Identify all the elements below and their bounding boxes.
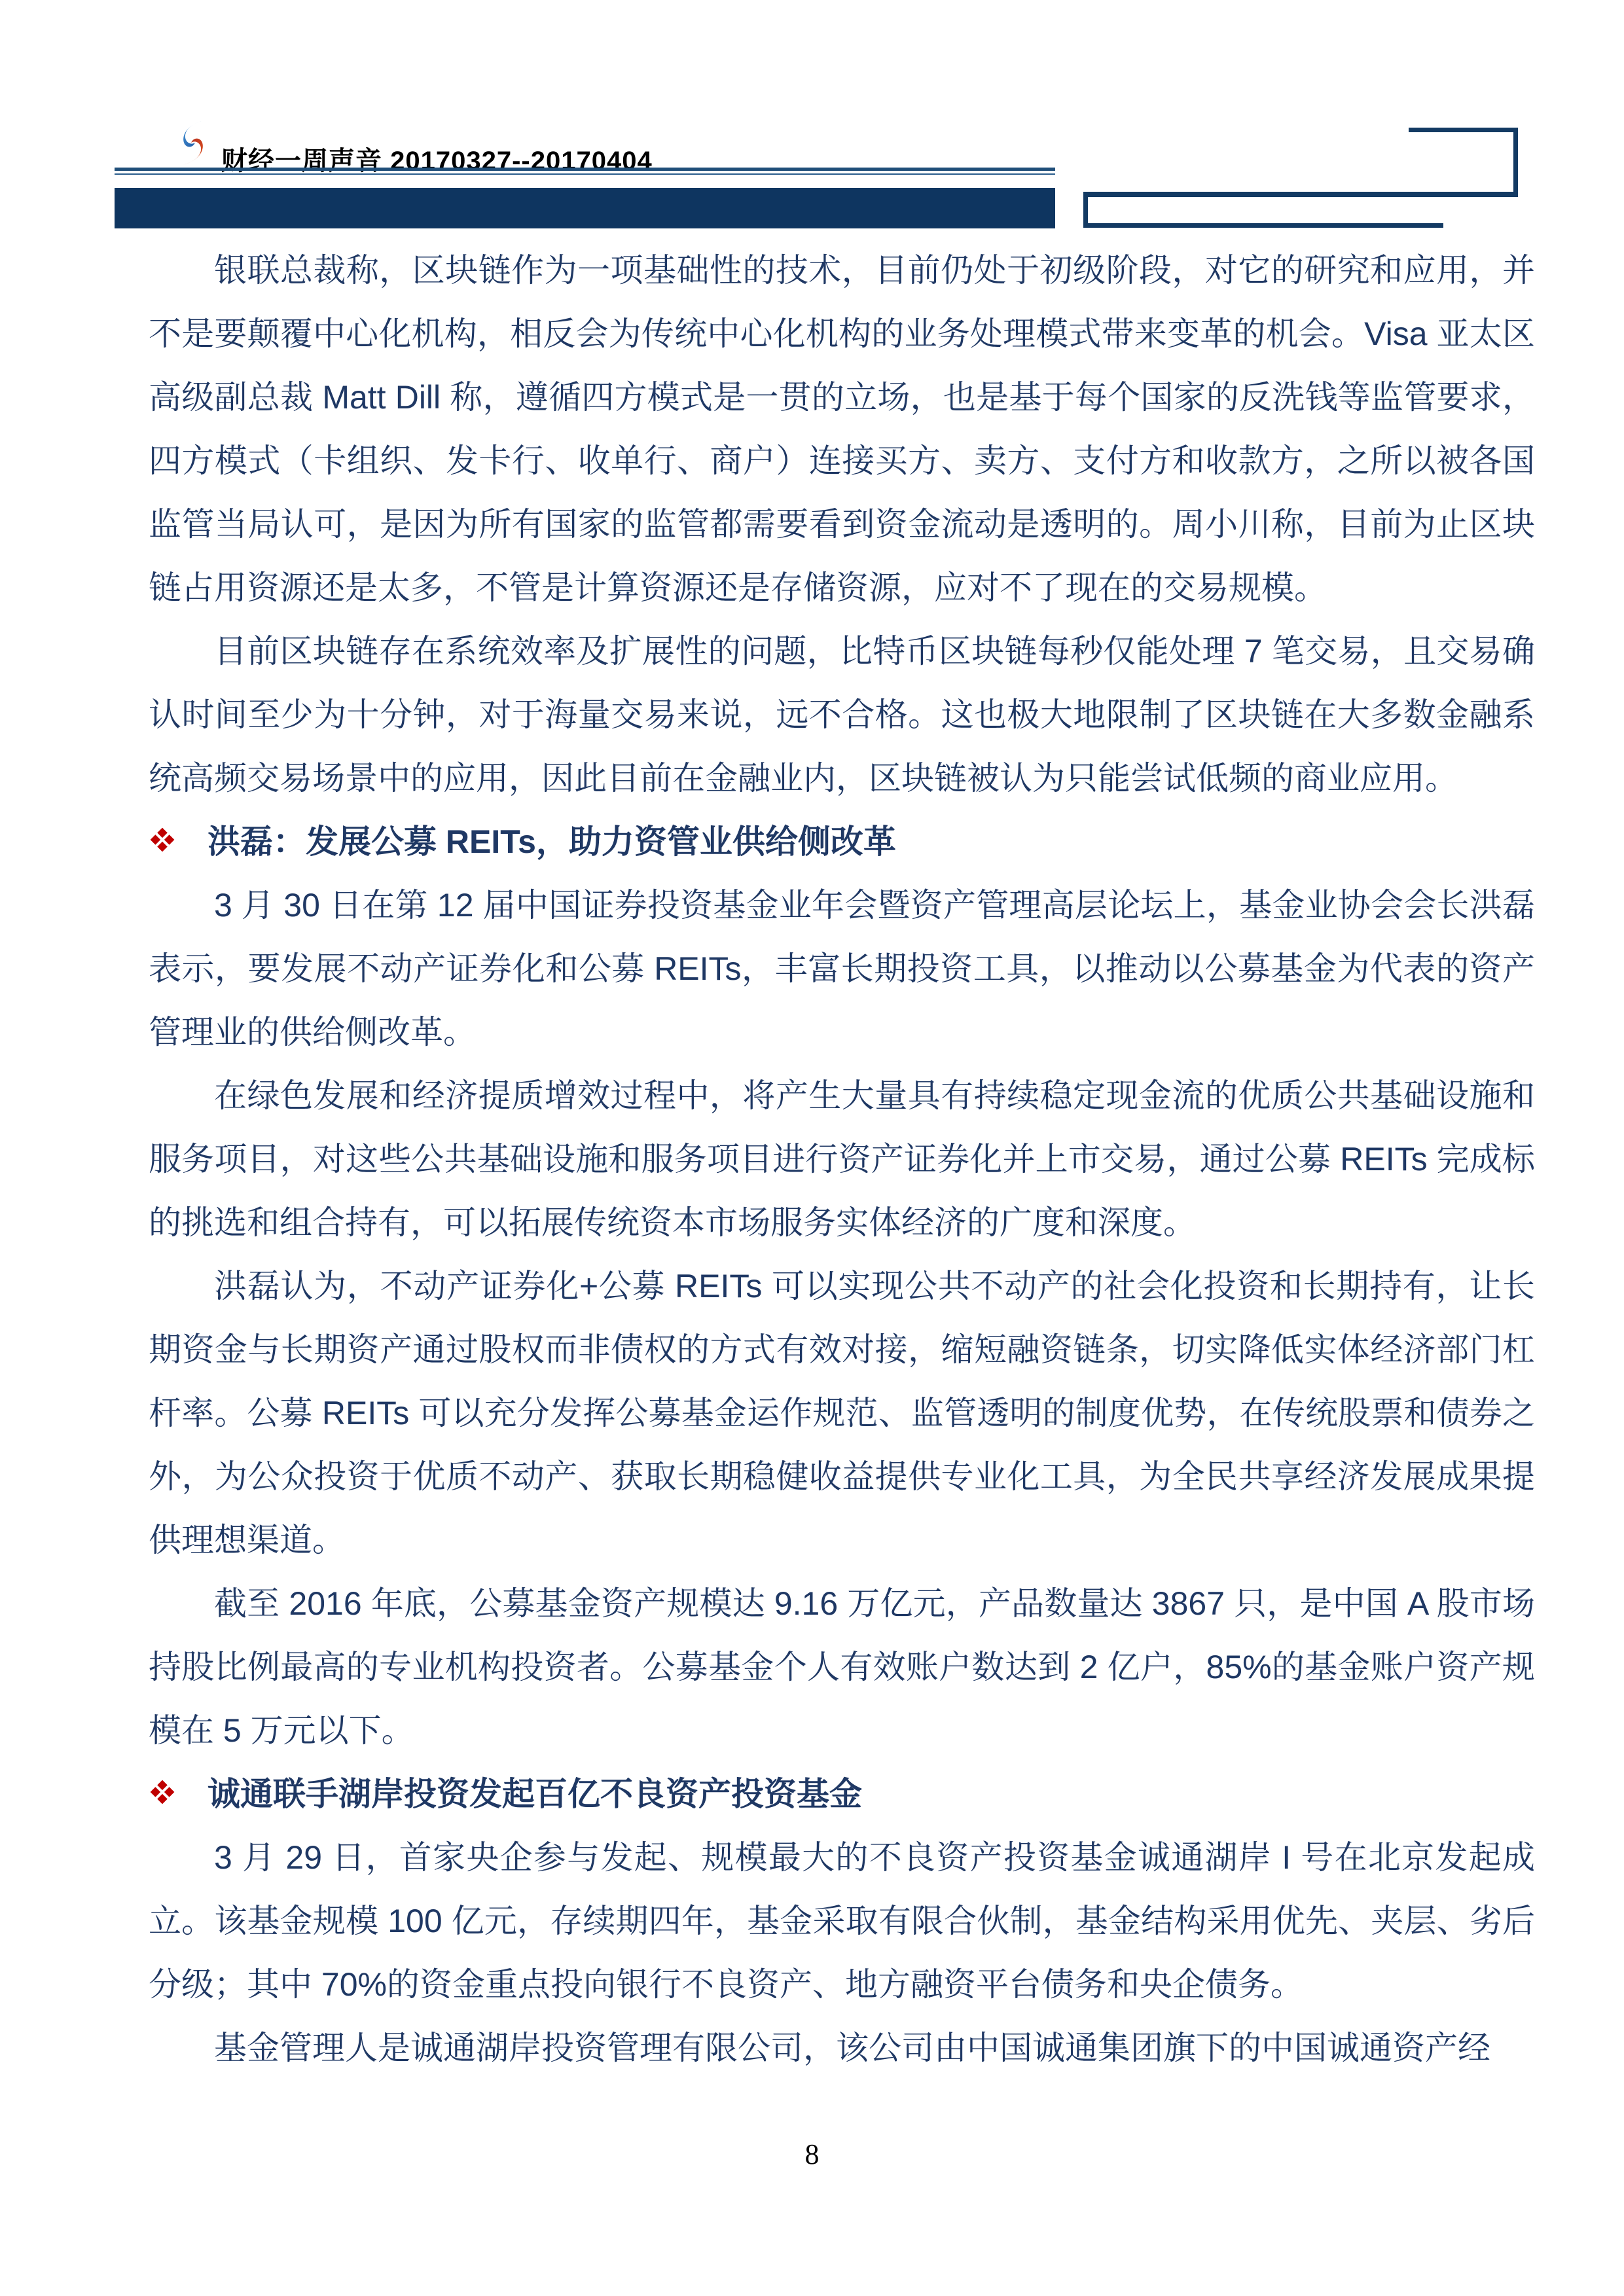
header-decor-box-middle — [1083, 192, 1518, 197]
paragraph: 基金管理人是诚通湖岸投资管理有限公司，该公司由中国诚通集团旗下的中国诚通资产经 — [149, 2017, 1535, 2080]
header-navy-bar — [115, 188, 1055, 228]
paragraph: 3 月 30 日在第 12 届中国证券投资基金业年会暨资产管理高层论坛上，基金业… — [149, 874, 1535, 1064]
section-heading: 洪磊：发展公募 REITs，助力资管业供给侧改革 — [149, 810, 1535, 874]
section-heading-label: 诚通联手湖岸投资发起百亿不良资产投资基金 — [208, 1776, 862, 1812]
diamond-bullet-icon — [151, 828, 175, 852]
section-heading: 诚通联手湖岸投资发起百亿不良资产投资基金 — [149, 1763, 1535, 1826]
header-decor-box-top — [1409, 128, 1518, 132]
header-title-zh: 财经一周声音 — [221, 147, 382, 175]
header-rule-thin — [115, 173, 1055, 175]
header-title-range: 20170327--20170404 — [390, 147, 653, 175]
header-rule-thick — [115, 168, 1055, 171]
brand-logo-icon — [178, 120, 208, 166]
header-title: 财经一周声音 20170327--20170404 — [221, 140, 653, 177]
header-decor-box-bottom — [1083, 223, 1443, 228]
section-heading-label: 洪磊：发展公募 REITs，助力资管业供给侧改革 — [208, 823, 896, 860]
document-body: 银联总裁称，区块链作为一项基础性的技术，目前仍处于初级阶段，对它的研究和应用，并… — [149, 239, 1535, 2080]
header-decor-box-left — [1083, 192, 1088, 227]
paragraph: 在绿色发展和经济提质增效过程中，将产生大量具有持续稳定现金流的优质公共基础设施和… — [149, 1064, 1535, 1255]
paragraph: 洪磊认为，不动产证券化+公募 REITs 可以实现公共不动产的社会化投资和长期持… — [149, 1255, 1535, 1572]
page-number: 8 — [0, 2138, 1624, 2171]
paragraph: 截至 2016 年底，公募基金资产规模达 9.16 万亿元，产品数量达 3867… — [149, 1572, 1535, 1763]
paragraph: 目前区块链存在系统效率及扩展性的问题，比特币区块链每秒仅能处理 7 笔交易，且交… — [149, 620, 1535, 810]
diamond-bullet-icon — [151, 1780, 175, 1804]
paragraph: 3 月 29 日，首家央企参与发起、规模最大的不良资产投资基金诚通湖岸 I 号在… — [149, 1826, 1535, 2017]
document-page: 财经一周声音 20170327--20170404 银联总裁称，区块链作为一项基… — [0, 0, 1624, 2296]
header-decor-box-right — [1513, 128, 1518, 196]
paragraph: 银联总裁称，区块链作为一项基础性的技术，目前仍处于初级阶段，对它的研究和应用，并… — [149, 239, 1535, 620]
